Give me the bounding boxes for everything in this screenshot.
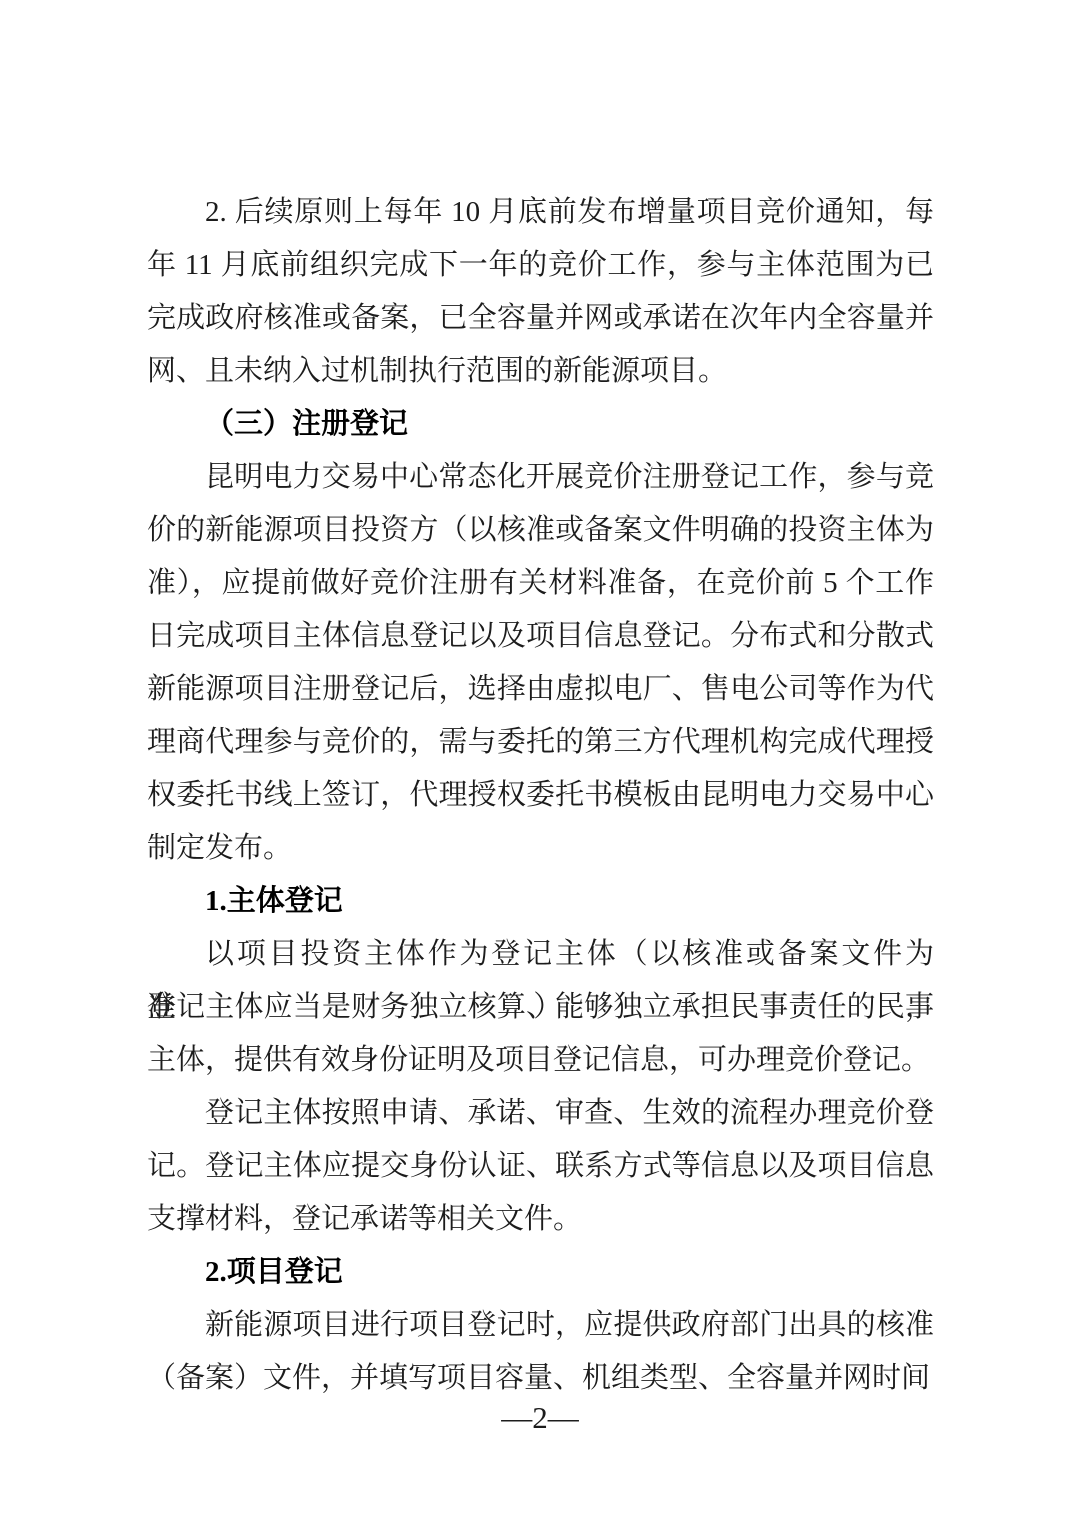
text-line: 2.项目登记 xyxy=(147,1246,934,1299)
text-line: 权委托书线上签订，代理授权委托书模板由昆明电力交易中心 xyxy=(147,769,934,822)
heading-section-three-registration: （三）注册登记 xyxy=(147,398,934,451)
heading-project-registration: 2.项目登记 xyxy=(147,1246,934,1299)
page-number: —2— xyxy=(0,1398,1080,1438)
document-page: 2. 后续原则上每年 10 月底前发布增量项目竞价通知，每年 11 月底前组织完… xyxy=(0,0,1080,1527)
text-line: 支撑材料，登记承诺等相关文件。 xyxy=(147,1193,934,1246)
text-line: 昆明电力交易中心常态化开展竞价注册登记工作，参与竞 xyxy=(147,451,934,504)
text-line: 新能源项目注册登记后，选择由虚拟电厂、售电公司等作为代 xyxy=(147,663,934,716)
text-line: 价的新能源项目投资方（以核准或备案文件明确的投资主体为 xyxy=(147,504,934,557)
heading-subject-registration: 1.主体登记 xyxy=(147,875,934,928)
text-line: 2. 后续原则上每年 10 月底前发布增量项目竞价通知，每 xyxy=(147,186,934,239)
text-line: 登记主体按照申请、承诺、审查、生效的流程办理竞价登 xyxy=(147,1087,934,1140)
text-line: 日完成项目主体信息登记以及项目信息登记。分布式和分散式 xyxy=(147,610,934,663)
text-line: 登记主体应当是财务独立核算、能够独立承担民事责任的民事 xyxy=(147,981,934,1034)
para-subject-registration-process: 登记主体按照申请、承诺、审查、生效的流程办理竞价登记。登记主体应提交身份认证、联… xyxy=(147,1087,934,1246)
document-body: 2. 后续原则上每年 10 月底前发布增量项目竞价通知，每年 11 月底前组织完… xyxy=(147,186,934,1405)
para-project-registration-requirements: 新能源项目进行项目登记时，应提供政府部门出具的核准（备案）文件，并填写项目容量、… xyxy=(147,1299,934,1405)
text-line: （三）注册登记 xyxy=(147,398,934,451)
para-bidding-notice-schedule: 2. 后续原则上每年 10 月底前发布增量项目竞价通知，每年 11 月底前组织完… xyxy=(147,186,934,398)
text-line: 主体，提供有效身份证明及项目登记信息，可办理竞价登记。 xyxy=(147,1034,934,1087)
text-line: 年 11 月底前组织完成下一年的竞价工作，参与主体范围为已 xyxy=(147,239,934,292)
text-line: 制定发布。 xyxy=(147,822,934,875)
text-line: 完成政府核准或备案，已全容量并网或承诺在次年内全容量并 xyxy=(147,292,934,345)
para-subject-registration-requirements: 以项目投资主体作为登记主体（以核准或备案文件为准），登记主体应当是财务独立核算、… xyxy=(147,928,934,1087)
text-line: 新能源项目进行项目登记时，应提供政府部门出具的核准 xyxy=(147,1299,934,1352)
text-line: 1.主体登记 xyxy=(147,875,934,928)
text-line: 网、且未纳入过机制执行范围的新能源项目。 xyxy=(147,345,934,398)
text-line: 记。登记主体应提交身份认证、联系方式等信息以及项目信息 xyxy=(147,1140,934,1193)
text-line: 准），应提前做好竞价注册有关材料准备，在竞价前 5 个工作 xyxy=(147,557,934,610)
para-registration-overview: 昆明电力交易中心常态化开展竞价注册登记工作，参与竞价的新能源项目投资方（以核准或… xyxy=(147,451,934,875)
text-line: 理商代理参与竞价的，需与委托的第三方代理机构完成代理授 xyxy=(147,716,934,769)
text-line: 以项目投资主体作为登记主体（以核准或备案文件为准）， xyxy=(147,928,934,981)
